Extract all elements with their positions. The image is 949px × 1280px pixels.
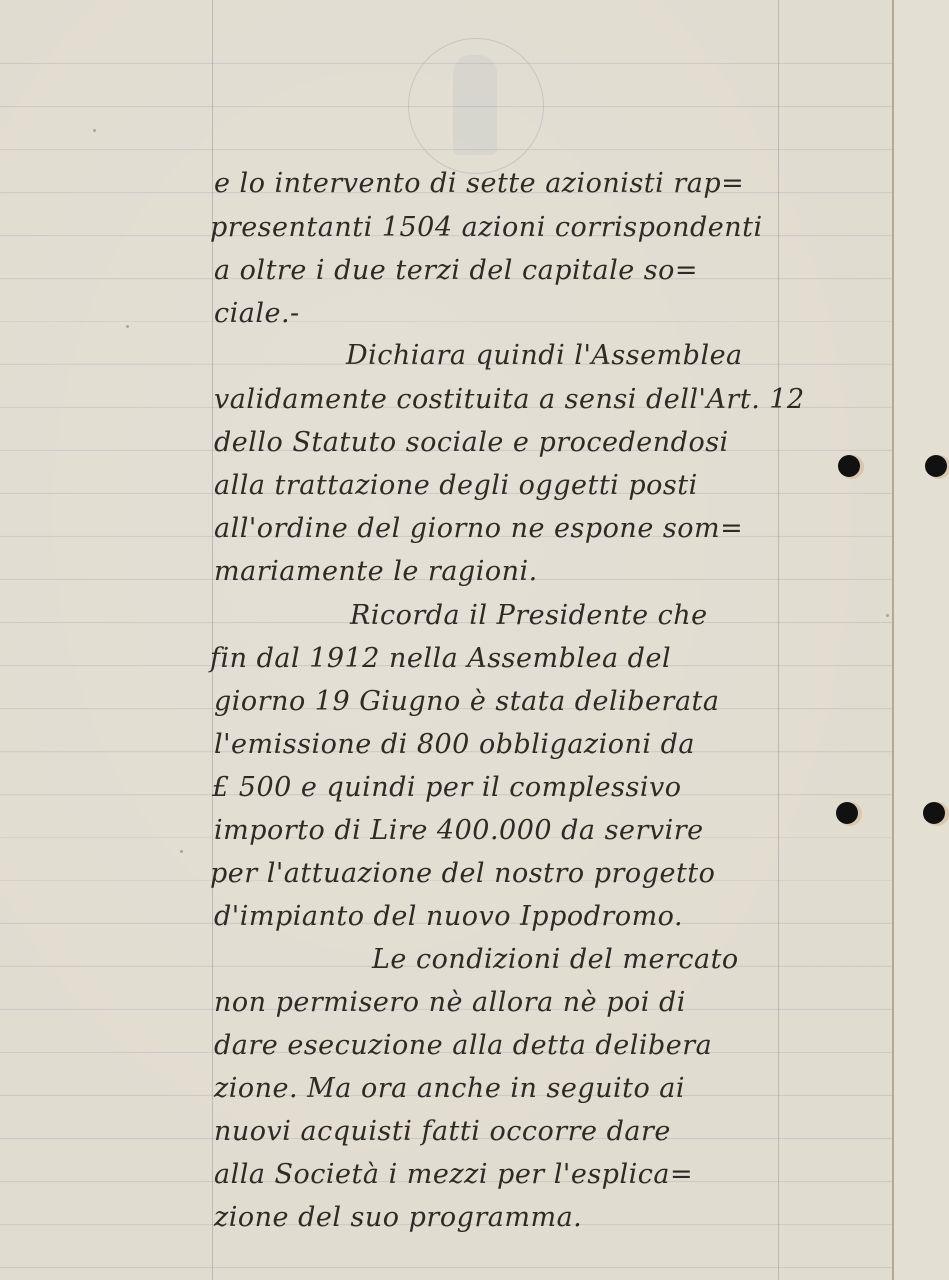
text-line-25: zione del suo programma. <box>214 1202 582 1233</box>
text-line-20: non permisero nè allora nè poi di <box>214 987 686 1018</box>
paper-speck <box>126 325 129 328</box>
text-line-6: validamente costituita a sensi dell'Art.… <box>214 384 805 415</box>
punch-hole-icon <box>836 802 858 824</box>
revenue-stamp-seal-icon <box>408 38 544 174</box>
text-line-15: £ 500 e quindi per il complessivo <box>212 772 681 803</box>
left-margin-line <box>212 0 213 1280</box>
text-line-16: importo di Lire 400.000 da servire <box>214 815 704 846</box>
punch-hole-icon <box>838 455 860 477</box>
adjacent-page-strip <box>894 0 949 1280</box>
text-line-4: ciale.- <box>214 298 300 329</box>
paper-speck <box>93 129 96 132</box>
text-line-11: Ricorda il Presidente che <box>350 600 708 631</box>
text-line-13: giorno 19 Giugno è stata deliberata <box>214 686 720 717</box>
text-line-3: a oltre i due terzi del capitale so= <box>214 255 698 286</box>
text-line-17: per l'attuazione del nostro progetto <box>210 858 715 889</box>
text-line-14: l'emissione di 800 obbligazioni da <box>214 729 695 760</box>
text-line-23: nuovi acquisti fatti occorre dare <box>214 1116 671 1147</box>
paper-speck <box>180 850 183 853</box>
seal-figure-icon <box>453 55 497 155</box>
text-line-10: mariamente le ragioni. <box>214 556 538 587</box>
manuscript-page: e lo intervento di sette azionisti rap= … <box>0 0 949 1280</box>
text-line-7: dello Statuto sociale e procedendosi <box>214 427 729 458</box>
page-fold-line <box>892 0 894 1280</box>
text-line-22: zione. Ma ora anche in seguito ai <box>214 1073 685 1104</box>
punch-hole-icon <box>925 455 947 477</box>
text-line-1: e lo intervento di sette azionisti rap= <box>214 168 744 199</box>
text-line-19: Le condizioni del mercato <box>372 944 739 975</box>
text-line-8: alla trattazione degli oggetti posti <box>214 470 698 501</box>
text-line-5: Dichiara quindi l'Assemblea <box>346 340 743 371</box>
paper-speck <box>886 614 889 617</box>
text-line-12: fin dal 1912 nella Assemblea del <box>210 643 671 674</box>
text-line-24: alla Società i mezzi per l'esplica= <box>214 1159 693 1190</box>
text-line-18: d'impianto del nuovo Ippodromo. <box>214 901 683 932</box>
text-line-21: dare esecuzione alla detta delibera <box>214 1030 712 1061</box>
right-margin-line <box>778 0 779 1280</box>
text-line-2: presentanti 1504 azioni corrispondenti <box>210 212 763 243</box>
punch-hole-icon <box>923 802 945 824</box>
text-line-9: all'ordine del giorno ne espone som= <box>214 513 743 544</box>
